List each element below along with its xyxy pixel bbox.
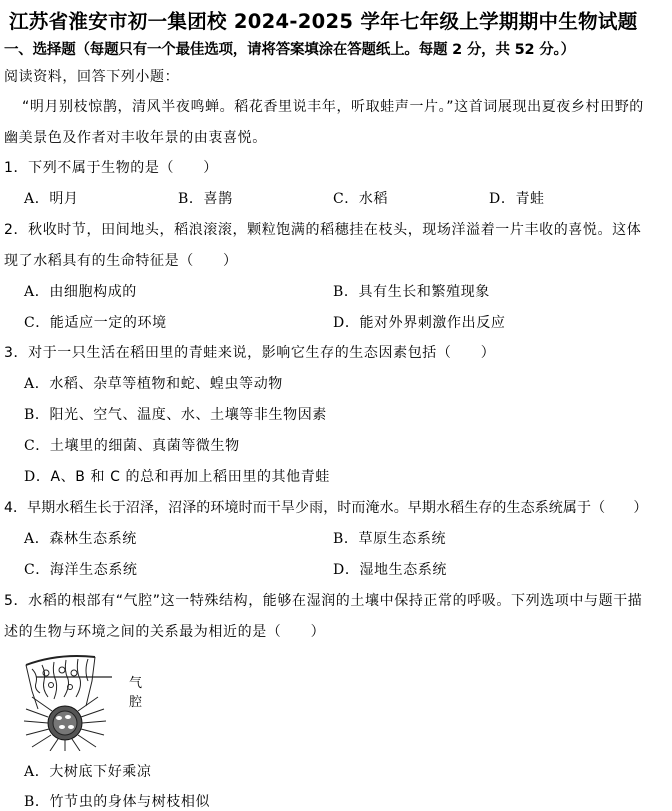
option-letter: C． bbox=[24, 438, 50, 454]
question-3-option-c[interactable]: C．土壤里的细菌、真菌等微生物 bbox=[24, 435, 240, 455]
question-4-option-b[interactable]: B．草原生态系统 bbox=[333, 528, 446, 548]
section-heading: 一、选择题（每题只有一个最佳选项，请将答案填涂在答题纸上。每题 2 分，共 52… bbox=[4, 38, 575, 59]
option-letter: A． bbox=[24, 531, 49, 547]
question-2-stem-line-2: 现了水稻具有的生命特征是（ ） bbox=[4, 250, 238, 270]
question-3-option-a[interactable]: A．水稻、杂草等植物和蛇、蝗虫等动物 bbox=[24, 373, 283, 393]
question-2-option-b[interactable]: B．具有生长和繁殖现象 bbox=[333, 281, 490, 301]
option-letter: B． bbox=[24, 794, 50, 810]
question-2-option-c[interactable]: C．能适应一定的环境 bbox=[24, 312, 167, 332]
option-text: 阳光、空气、温度、水、土壤等非生物因素 bbox=[50, 407, 327, 423]
option-letter: A． bbox=[24, 191, 49, 207]
option-text: 由细胞构成的 bbox=[49, 284, 137, 300]
option-text: 明月 bbox=[49, 191, 78, 207]
question-5-stem-line-2: 述的生物与环境之间的关系最为相近的是（ ） bbox=[4, 621, 325, 641]
option-letter: B． bbox=[178, 191, 204, 207]
option-letter: D． bbox=[333, 315, 359, 331]
root-diagram-icon bbox=[18, 651, 128, 751]
option-text: 水稻、杂草等植物和蛇、蝗虫等动物 bbox=[49, 376, 283, 392]
rice-root-cross-section-figure: 气腔 bbox=[18, 651, 148, 751]
option-text: 能对外界刺激作出反应 bbox=[359, 315, 505, 331]
question-5-option-b[interactable]: B．竹节虫的身体与树枝相似 bbox=[24, 791, 210, 811]
passage-line-2: 幽美景色及作者对丰收年景的由衷喜悦。 bbox=[4, 127, 267, 147]
question-2-stem-line-1: 2．秋收时节，田间地头，稻浪滚滚，颗粒饱满的稻穗挂在枝头，现场洋溢着一片丰收的喜… bbox=[4, 219, 641, 239]
option-letter: B． bbox=[24, 407, 50, 423]
question-3-option-b[interactable]: B．阳光、空气、温度、水、土壤等非生物因素 bbox=[24, 404, 327, 424]
question-1-option-d[interactable]: D．青蛙 bbox=[489, 188, 545, 208]
option-text: 海洋生态系统 bbox=[50, 562, 138, 578]
question-4-option-a[interactable]: A．森林生态系统 bbox=[24, 528, 137, 548]
option-letter: B． bbox=[333, 284, 359, 300]
question-3-stem: 3．对于一只生活在稻田里的青蛙来说，影响它生存的生态因素包括（ ） bbox=[4, 342, 495, 362]
question-2-option-d[interactable]: D．能对外界刺激作出反应 bbox=[333, 312, 505, 332]
question-4-option-d[interactable]: D．湿地生态系统 bbox=[333, 559, 447, 579]
option-letter: D． bbox=[333, 562, 359, 578]
option-letter: C． bbox=[24, 562, 50, 578]
option-letter: A． bbox=[24, 376, 49, 392]
question-3-option-d[interactable]: D．A、B 和 C 的总和再加上稻田里的其他青蛙 bbox=[24, 466, 330, 486]
option-text: 草原生态系统 bbox=[359, 531, 447, 547]
option-letter: A． bbox=[24, 764, 49, 780]
option-text: 大树底下好乘凉 bbox=[49, 764, 151, 780]
option-letter: D． bbox=[24, 469, 50, 485]
option-letter: C． bbox=[333, 191, 359, 207]
option-text: 能适应一定的环境 bbox=[50, 315, 167, 331]
option-text: 水稻 bbox=[359, 191, 388, 207]
option-text: 喜鹊 bbox=[204, 191, 233, 207]
question-4-option-c[interactable]: C．海洋生态系统 bbox=[24, 559, 138, 579]
question-1-stem: 1．下列不属于生物的是（ ） bbox=[4, 157, 218, 177]
air-cavity-label: 气腔 bbox=[129, 672, 148, 710]
question-1-option-c[interactable]: C．水稻 bbox=[333, 188, 388, 208]
question-5-option-a[interactable]: A．大树底下好乘凉 bbox=[24, 761, 152, 781]
option-letter: D． bbox=[489, 191, 515, 207]
option-text: 具有生长和繁殖现象 bbox=[359, 284, 490, 300]
page-title: 江苏省淮安市初一集团校 2024-2025 学年七年级上学期期中生物试题 bbox=[9, 6, 638, 34]
option-letter: C． bbox=[24, 315, 50, 331]
question-1-option-b[interactable]: B．喜鹊 bbox=[178, 188, 233, 208]
option-text: 青蛙 bbox=[515, 191, 544, 207]
question-2-option-a[interactable]: A．由细胞构成的 bbox=[24, 281, 137, 301]
option-text: 森林生态系统 bbox=[49, 531, 137, 547]
option-letter: B． bbox=[333, 531, 359, 547]
question-1-option-a[interactable]: A．明月 bbox=[24, 188, 79, 208]
option-letter: A． bbox=[24, 284, 49, 300]
question-5-stem-line-1: 5．水稻的根部有“气腔”这一特殊结构，能够在湿润的土壤中保持正常的呼吸。下列选项… bbox=[4, 590, 642, 610]
option-text: 土壤里的细菌、真菌等微生物 bbox=[50, 438, 240, 454]
reading-intro: 阅读资料，回答下列小题： bbox=[4, 66, 179, 86]
option-text: 竹节虫的身体与树枝相似 bbox=[50, 794, 211, 810]
option-text: A、B 和 C 的总和再加上稻田里的其他青蛙 bbox=[50, 469, 330, 485]
option-text: 湿地生态系统 bbox=[359, 562, 447, 578]
passage-line-1: “明月别枝惊鹊，清风半夜鸣蝉。稻花香里说丰年，听取蛙声一片。”这首词展现出夏夜乡… bbox=[22, 96, 644, 116]
question-4-stem: 4．早期水稻生长于沼泽，沼泽的环境时而干旱少雨，时而淹水。早期水稻生存的生态系统… bbox=[4, 497, 648, 517]
